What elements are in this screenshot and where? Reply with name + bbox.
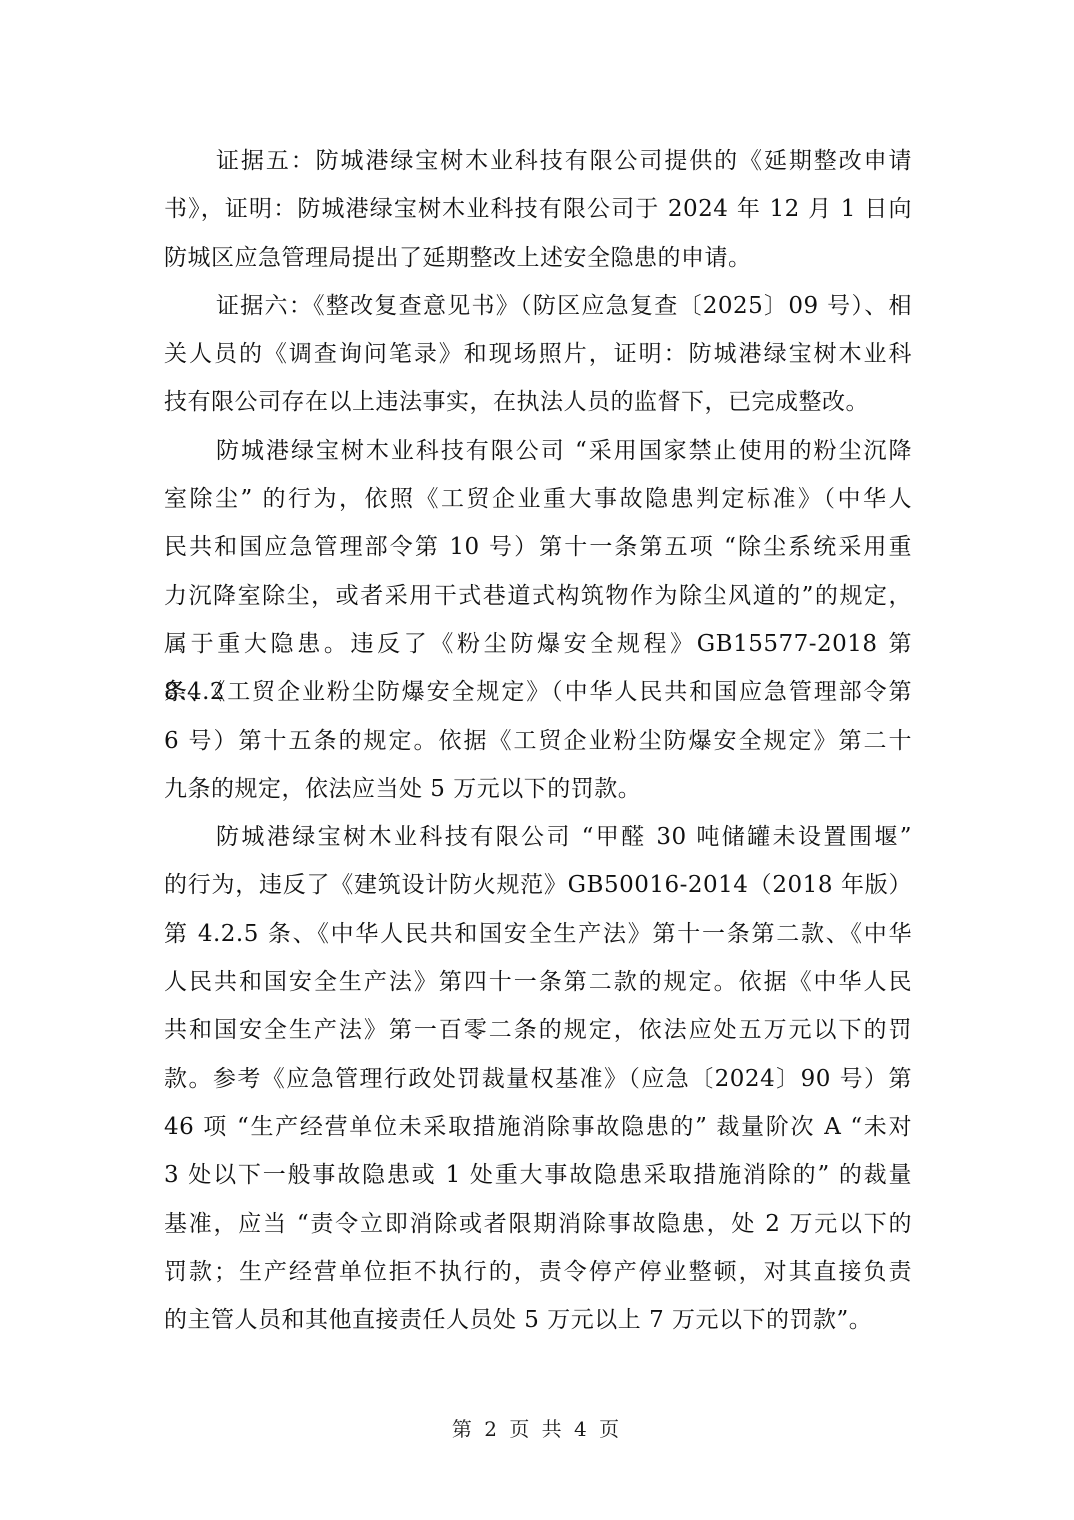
doc-line: 防城区应急管理局提出了延期整改上述安全隐患的申请。 xyxy=(164,234,912,282)
doc-line: 基准，应当 “责令立即消除或者限期消除事故隐患，处 2 万元以下的 xyxy=(164,1200,912,1248)
doc-line: 防城港绿宝树木业科技有限公司 “采用国家禁止使用的粉尘沉降 xyxy=(164,427,912,475)
paragraph-evidence-six: 证据六：《整改复查意见书》（防区应急复查〔2025〕09 号）、相 关人员的《调… xyxy=(164,282,912,427)
doc-line: 九条的规定，依法应当处 5 万元以下的罚款。 xyxy=(164,765,912,813)
doc-line: 力沉降室除尘，或者采用干式巷道式构筑物作为除尘风道的”的规定， xyxy=(164,572,912,620)
doc-line: 民共和国应急管理部令第 10 号）第十一条第五项 “除尘系统采用重 xyxy=(164,523,912,571)
doc-line: 人民共和国安全生产法》第四十一条第二款的规定。依据《中华人民 xyxy=(164,958,912,1006)
doc-line: 室除尘” 的行为，依照《工贸企业重大事故隐患判定标准》（中华人 xyxy=(164,475,912,523)
doc-line: 证据六：《整改复查意见书》（防区应急复查〔2025〕09 号）、相 xyxy=(164,282,912,330)
doc-line: 书》，证明：防城港绿宝树木业科技有限公司于 2024 年 12 月 1 日向 xyxy=(164,185,912,233)
doc-line: 关人员的《调查询问笔录》和现场照片，证明：防城港绿宝树木业科 xyxy=(164,330,912,378)
paragraph-formaldehyde-violation: 防城港绿宝树木业科技有限公司 “甲醛 30 吨储罐未设置围堰” 的行为，违反了《… xyxy=(164,813,912,1344)
paragraph-dust-violation: 防城港绿宝树木业科技有限公司 “采用国家禁止使用的粉尘沉降 室除尘” 的行为，依… xyxy=(164,427,912,813)
doc-line: 技有限公司存在以上违法事实，在执法人员的监督下，已完成整改。 xyxy=(164,378,912,426)
doc-line: 共和国安全生产法》第一百零二条的规定，依法应处五万元以下的罚 xyxy=(164,1006,912,1054)
document-body: 证据五：防城港绿宝树木业科技有限公司提供的《延期整改申请 书》，证明：防城港绿宝… xyxy=(164,137,912,1344)
doc-line: 46 项 “生产经营单位未采取措施消除事故隐患的” 裁量阶次 A “未对 xyxy=(164,1103,912,1151)
doc-line: 3 处以下一般事故隐患或 1 处重大事故隐患采取措施消除的” 的裁量 xyxy=(164,1151,912,1199)
doc-line: 属于重大隐患。违反了《粉尘防爆安全规程》GB15577-2018 第 8.4.2 xyxy=(164,620,912,668)
doc-line: 第 4.2.5 条、《中华人民共和国安全生产法》第十一条第二款、《中华 xyxy=(164,910,912,958)
document-page: 证据五：防城港绿宝树木业科技有限公司提供的《延期整改申请 书》，证明：防城港绿宝… xyxy=(0,0,1074,1520)
doc-line: 证据五：防城港绿宝树木业科技有限公司提供的《延期整改申请 xyxy=(164,137,912,185)
doc-line: 款。参考《应急管理行政处罚裁量权基准》（应急〔2024〕90 号）第 xyxy=(164,1055,912,1103)
paragraph-evidence-five: 证据五：防城港绿宝树木业科技有限公司提供的《延期整改申请 书》，证明：防城港绿宝… xyxy=(164,137,912,282)
doc-line: 防城港绿宝树木业科技有限公司 “甲醛 30 吨储罐未设置围堰” xyxy=(164,813,912,861)
doc-line: 的行为，违反了《建筑设计防火规范》GB50016-2014（2018 年版） xyxy=(164,861,912,909)
doc-line: 6 号）第十五条的规定。依据《工贸企业粉尘防爆安全规定》第二十 xyxy=(164,717,912,765)
doc-line: 的主管人员和其他直接责任人员处 5 万元以上 7 万元以下的罚款”。 xyxy=(164,1296,912,1344)
doc-line: 条、《工贸企业粉尘防爆安全规定》（中华人民共和国应急管理部令第 xyxy=(164,668,912,716)
doc-line: 罚款；生产经营单位拒不执行的，责令停产停业整顿，对其直接负责 xyxy=(164,1248,912,1296)
page-number-footer: 第 2 页 共 4 页 xyxy=(0,1413,1074,1442)
